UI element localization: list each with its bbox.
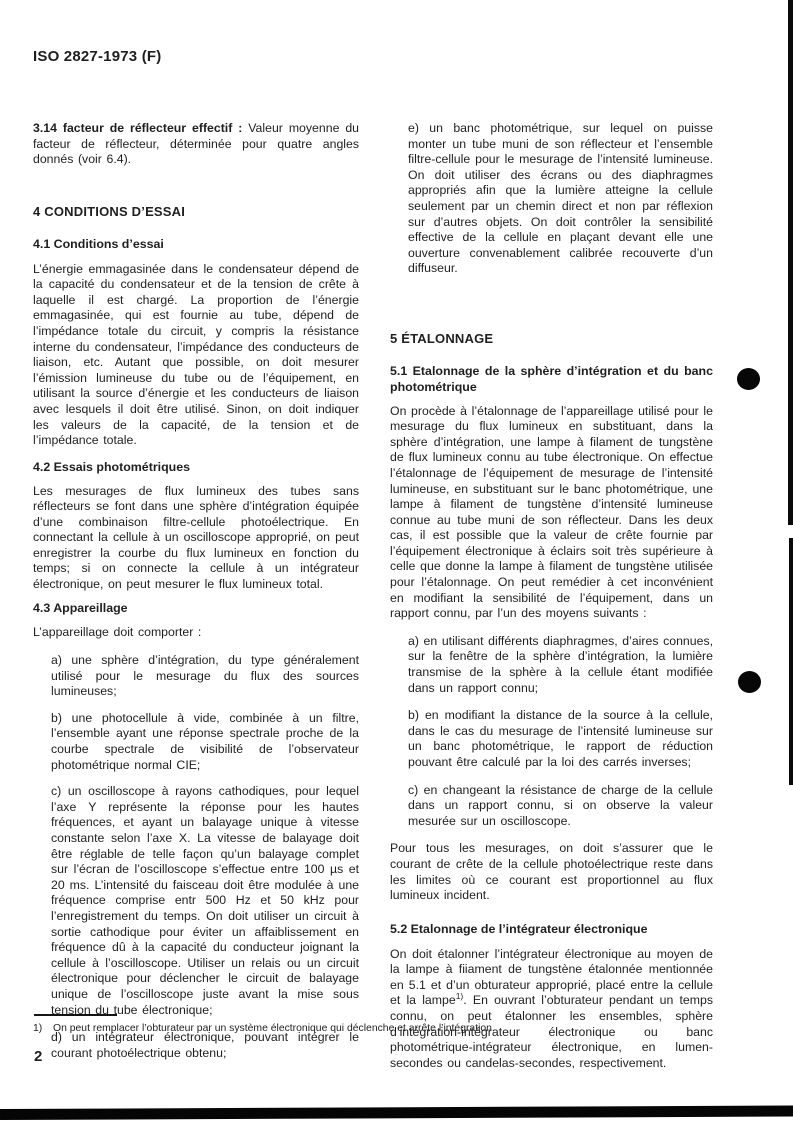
punch-hole-dot bbox=[738, 671, 761, 693]
list-item-c: c) un oscilloscope à rayons cathodiques,… bbox=[51, 784, 359, 1018]
list-item-b: b) une photocellule à vide, combinée à u… bbox=[51, 711, 359, 773]
document-title: ISO 2827-1973 (F) bbox=[33, 48, 161, 65]
definition-3-14: 3.14 facteur de réflecteur effectif : Va… bbox=[33, 121, 359, 168]
list-item-5b: b) en modifiant la distance de la source… bbox=[408, 708, 713, 770]
section-5-1-heading: 5.1 Etalonnage de la sphère d’intégratio… bbox=[390, 364, 713, 396]
section-5-2-heading: 5.2 Etalonnage de l’intégrateur électron… bbox=[390, 922, 713, 938]
right-column: e) un banc photométrique, sur lequel on … bbox=[390, 121, 713, 1071]
section-4-2-paragraph: Les mesurages de flux lumineux des tubes… bbox=[33, 484, 359, 593]
section-5-heading: 5 ÉTALONNAGE bbox=[390, 331, 713, 347]
scan-artifact-bottom-bar bbox=[0, 1106, 793, 1120]
section-5-1-paragraph: On procède à l’étalonnage de l’appareill… bbox=[390, 404, 713, 622]
definition-3-14-term: 3.14 facteur de réflecteur effectif : bbox=[33, 121, 242, 135]
scan-artifact-right-bar-lower bbox=[789, 538, 793, 785]
section-4-2-heading: 4.2 Essais photométriques bbox=[33, 460, 359, 476]
section-4-1-heading: 4.1 Conditions d’essai bbox=[33, 237, 359, 253]
scan-artifact-right-bar bbox=[788, 0, 793, 525]
section-4-3-intro: L’appareillage doit comporter : bbox=[33, 625, 359, 641]
section-4-1-paragraph: L’énergie emmagasinée dans le condensate… bbox=[33, 262, 359, 449]
list-item-5c: c) en changeant la résistance de charge … bbox=[408, 783, 713, 830]
section-4-3-heading: 4.3 Appareillage bbox=[33, 601, 359, 617]
footnote-marker: 1) bbox=[33, 1022, 53, 1035]
list-item-e: e) un banc photométrique, sur lequel on … bbox=[408, 121, 713, 277]
list-item-a: a) une sphère d’intégration, du type gén… bbox=[51, 653, 359, 700]
footnote: 1)On peut remplacer l’obturateur par un … bbox=[33, 1022, 593, 1035]
section-5-2-paragraph: On doit étalonner l’intégrateur électron… bbox=[390, 947, 713, 1072]
footnote-divider bbox=[34, 1014, 117, 1016]
footnote-text: On peut remplacer l’obturateur par un sy… bbox=[53, 1023, 495, 1034]
section-5-1-paragraph-2: Pour tous les mesurages, on doit s’assur… bbox=[390, 841, 713, 903]
list-item-5a: a) en utilisant différents diaphragmes, … bbox=[408, 634, 713, 696]
punch-hole-dot bbox=[737, 368, 760, 390]
section-4-heading: 4 CONDITIONS D’ESSAI bbox=[33, 204, 359, 220]
left-column: 3.14 facteur de réflecteur effectif : Va… bbox=[33, 121, 359, 1061]
page-number: 2 bbox=[34, 1048, 42, 1065]
